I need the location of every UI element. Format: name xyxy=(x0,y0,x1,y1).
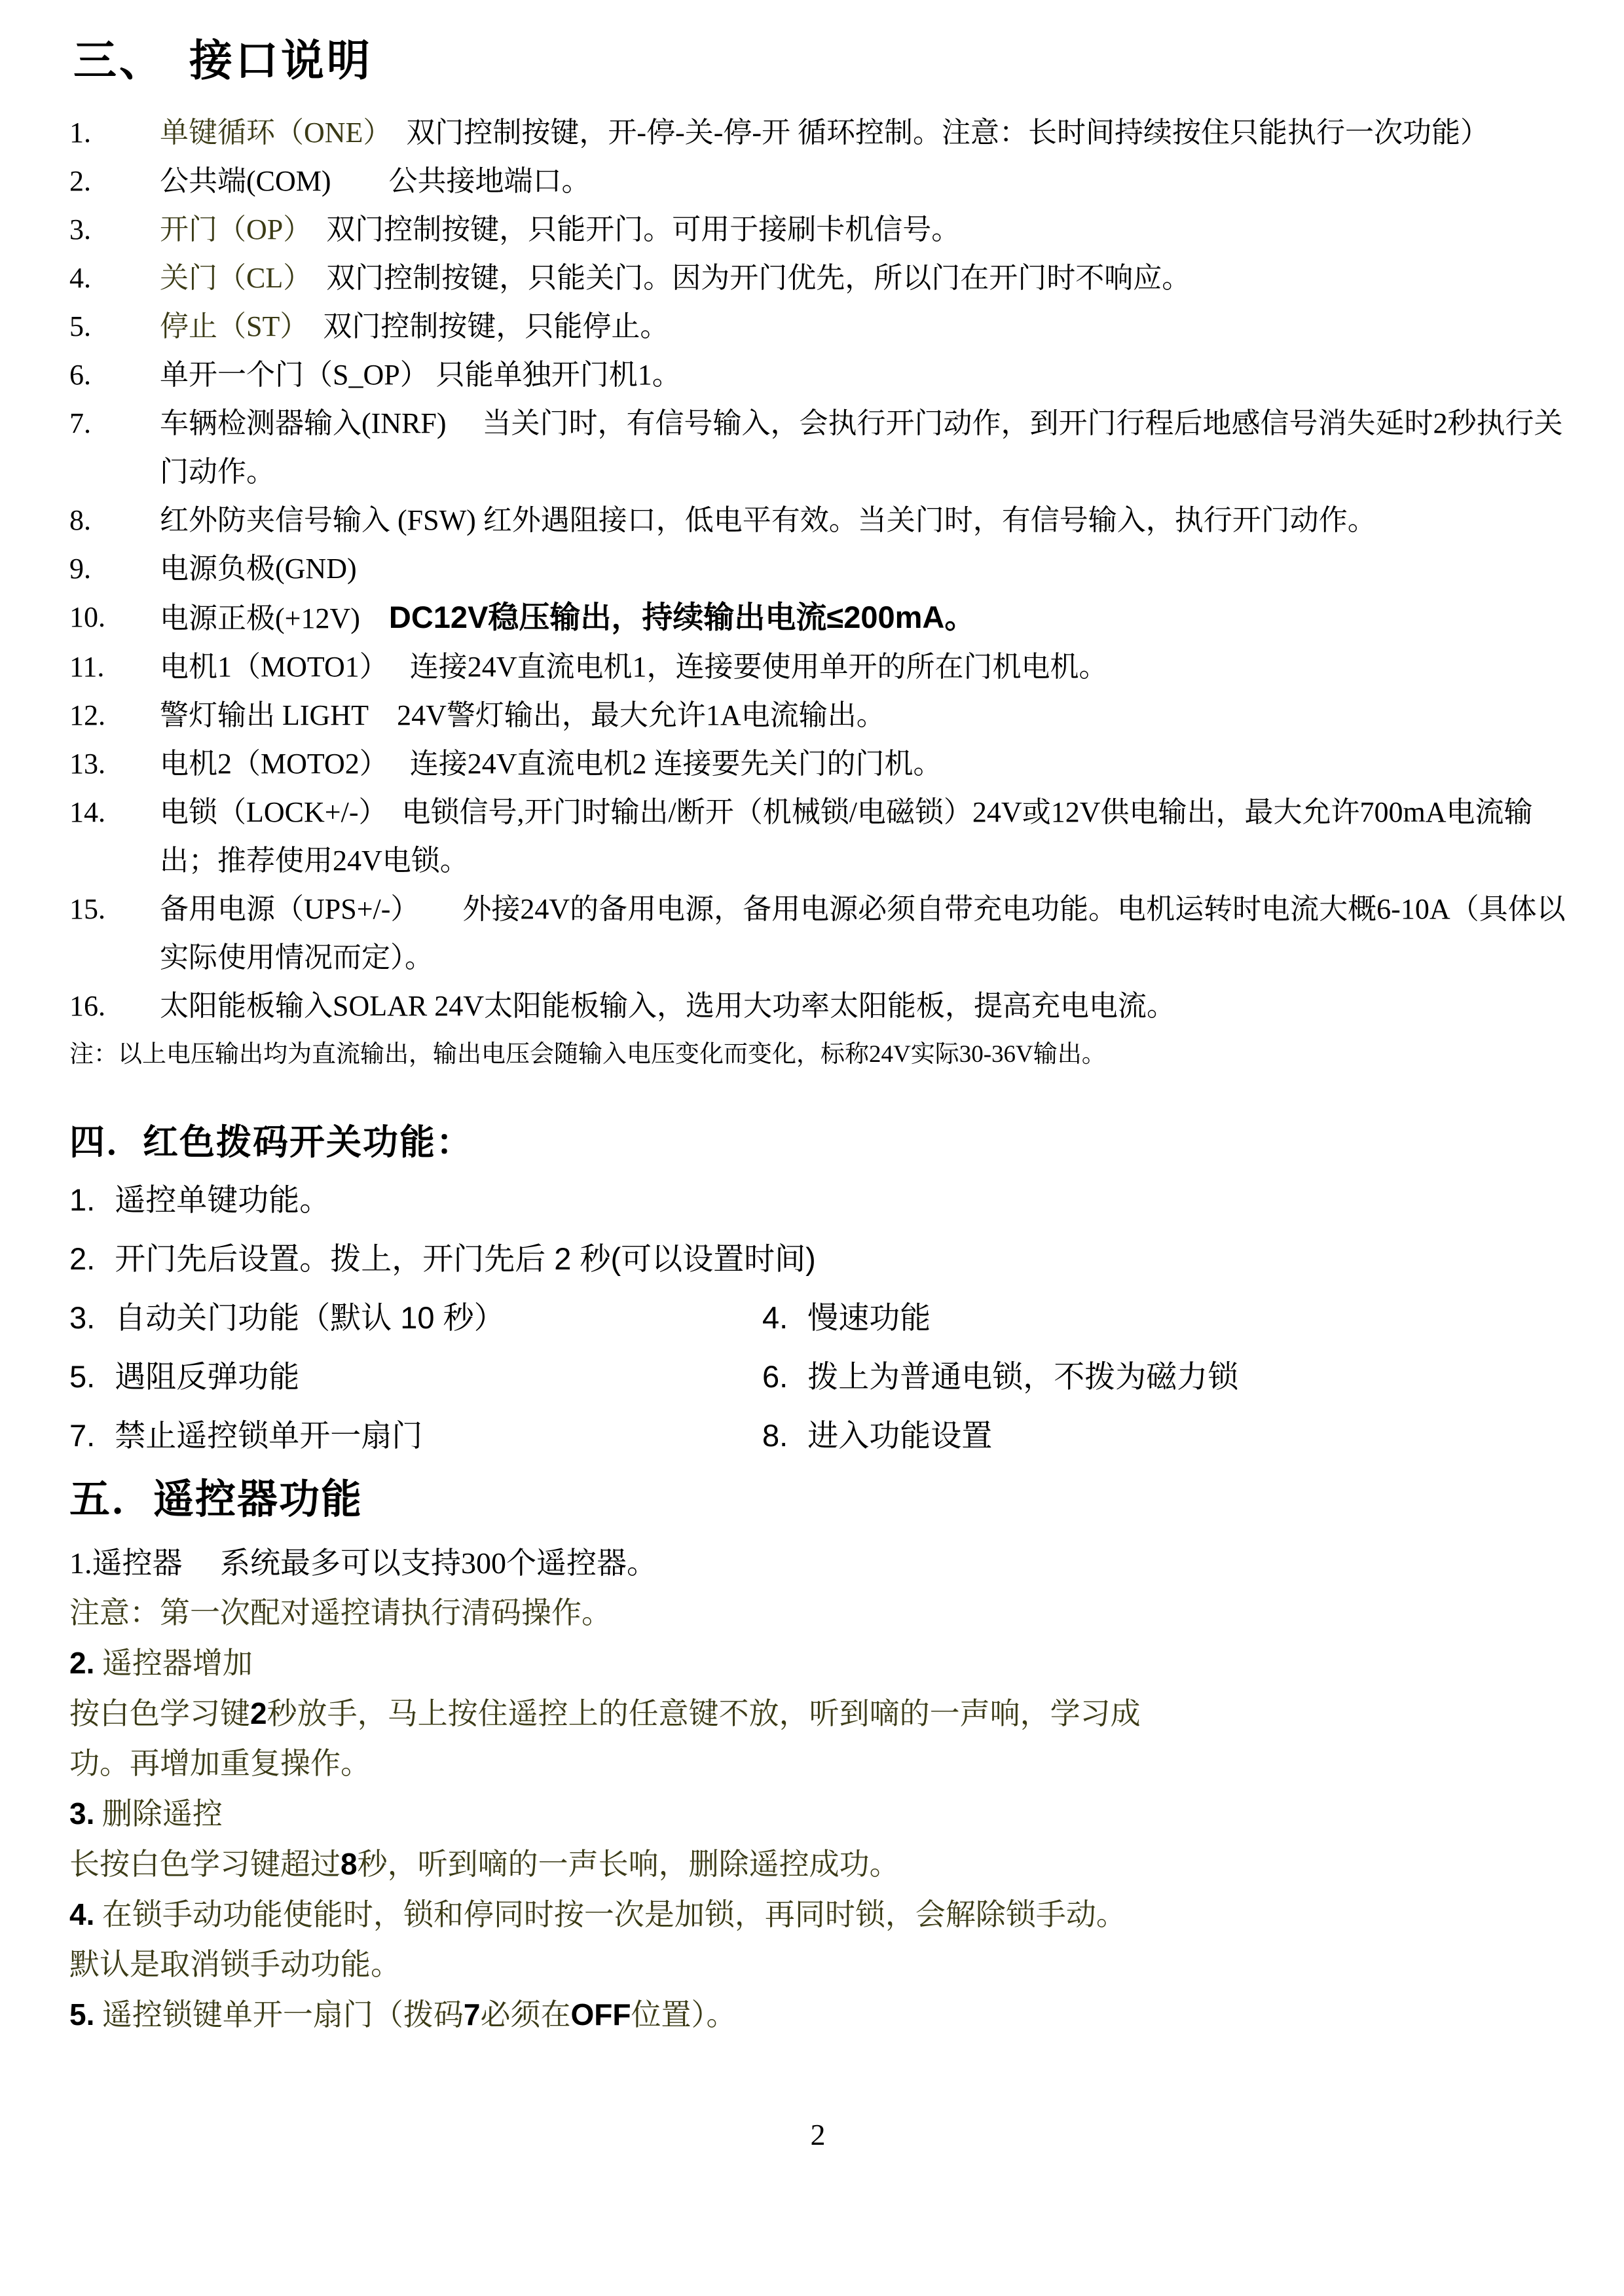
list-item: 2. 公共端(COM) 公共接地端口。 xyxy=(69,157,1566,206)
dip-row: 3. 自动关门功能（默认 10 秒） 4. 慢速功能 xyxy=(69,1299,1566,1337)
text-segment: 3. xyxy=(69,1796,94,1831)
item-text: 电机1（MOTO1） 连接24V直流电机1，连接要使用单开的所在门机电机。 xyxy=(160,643,1566,691)
item-text: 电源正极(+12V) DC12V稳压输出，持续输出电流≤200mA。 xyxy=(160,593,1566,643)
interface-list: 1. 单键循环（ONE） 双门控制按键，开-停-关-停-开 循环控制。注意：长时… xyxy=(69,109,1566,1030)
text-segment: 位置）。 xyxy=(631,1998,736,2032)
text-segment xyxy=(360,602,389,634)
text-segment: 1.遥控器 系统最多可以支持300个遥控器。 xyxy=(69,1546,657,1580)
item-text: 警灯输出 LIGHT 24V警灯输出，最大允许1A电流输出。 xyxy=(160,691,1566,740)
item-number: 12. xyxy=(69,691,160,740)
list-item: 14. 电锁（LOCK+/-） 电锁信号,开门时输出/断开（机械锁/电磁锁）24… xyxy=(69,788,1566,885)
dip-item: 1. 遥控单键功能。 xyxy=(69,1181,330,1219)
text-segment: 2. xyxy=(69,1646,94,1680)
list-item: 7. 车辆检测器输入(INRF) 当关门时，有信号输入，会执行开门动作，到开门行… xyxy=(69,399,1566,496)
item-number: 1. xyxy=(69,109,160,157)
item-number: 16. xyxy=(69,982,160,1030)
item-text: 红外防夹信号输入 (FSW) 红外遇阻接口，低电平有效。当关门时，有信号输入，执… xyxy=(160,496,1566,545)
list-item: 8. 红外防夹信号输入 (FSW) 红外遇阻接口，低电平有效。当关门时，有信号输… xyxy=(69,496,1566,545)
text-segment: 默认是取消锁手动功能。 xyxy=(69,1948,401,1981)
item-text: 停止（ST） 双门控制按键，只能停止。 xyxy=(160,302,1566,351)
text-segment: 7 xyxy=(464,1997,481,2032)
remote-line: 1.遥控器 系统最多可以支持300个遥控器。 xyxy=(69,1539,1566,1588)
remote-line: 长按白色学习键超过8秒，听到嘀的一声长响，删除遥控成功。 xyxy=(69,1839,1566,1889)
remote-function-list: 1.遥控器 系统最多可以支持300个遥控器。 注意：第一次配对遥控请执行清码操作… xyxy=(69,1539,1566,2040)
text-segment: 电机1（MOTO1） 连接24V直流电机1，连接要使用单开的所在门机电机。 xyxy=(160,651,1108,683)
text-segment: 5. xyxy=(69,1997,94,2032)
item-text: 备用电源（UPS+/-） 外接24V的备用电源，备用电源必须自带充电功能。电机运… xyxy=(160,885,1566,982)
item-number: 5. xyxy=(69,302,160,351)
item-text: 关门（CL） 双门控制按键，只能关门。因为开门优先，所以门在开门时不响应。 xyxy=(160,254,1566,302)
list-item: 6. 单开一个门（S_OP） 只能单独开门机1。 xyxy=(69,351,1566,399)
list-item: 1. 单键循环（ONE） 双门控制按键，开-停-关-停-开 循环控制。注意：长时… xyxy=(69,109,1566,157)
item-text: 电机2（MOTO2） 连接24V直流电机2 连接要先关门的门机。 xyxy=(160,740,1566,788)
item-label: 慢速功能 xyxy=(807,1299,931,1337)
item-label: 开门先后设置。拨上，开门先后 2 秒(可以设置时间) xyxy=(115,1240,816,1278)
text-segment: 公共端(COM) 公共接地端口。 xyxy=(160,165,591,197)
text-segment: 删除遥控 xyxy=(94,1797,223,1831)
dip-switch-list: 1. 遥控单键功能。 2. 开门先后设置。拨上，开门先后 2 秒(可以设置时间)… xyxy=(69,1181,1566,1455)
item-label: 遥控单键功能。 xyxy=(115,1181,330,1219)
text-segment: 电源正极(+12V) xyxy=(160,602,360,634)
text-segment: 长按白色学习键超过 xyxy=(69,1848,341,1881)
text-segment: 关门（CL） xyxy=(160,262,297,294)
section-4-title: 四．红色拨码开关功能： xyxy=(69,1121,1566,1164)
list-item: 15. 备用电源（UPS+/-） 外接24V的备用电源，备用电源必须自带充电功能… xyxy=(69,885,1566,982)
item-label: 遇阻反弹功能 xyxy=(115,1358,299,1396)
item-number: 3. xyxy=(69,1299,95,1337)
text-segment: 电源负极(GND) xyxy=(160,553,357,585)
text-segment: 车辆检测器输入(INRF) 当关门时，有信号输入，会执行开门动作，到开门行程后地… xyxy=(160,407,1563,488)
remote-line: 功。再增加重复操作。 xyxy=(69,1739,1566,1789)
item-number: 1. xyxy=(69,1181,95,1219)
text-segment: 开门（OP） xyxy=(160,213,297,246)
item-label: 禁止遥控锁单开一扇门 xyxy=(115,1417,422,1455)
section-5-title: 五．遥控器功能 xyxy=(69,1476,1566,1524)
text-segment: 双门控制按键，只能关门。因为开门优先，所以门在开门时不响应。 xyxy=(297,262,1190,294)
text-segment: 红外防夹信号输入 (FSW) 红外遇阻接口，低电平有效。当关门时，有信号输入，执… xyxy=(160,504,1376,536)
item-number: 2. xyxy=(69,1240,95,1278)
item-text: 电源负极(GND) xyxy=(160,545,1566,593)
item-text: 太阳能板输入SOLAR 24V太阳能板输入，选用大功率太阳能板，提高充电电流。 xyxy=(160,982,1566,1030)
item-text: 车辆检测器输入(INRF) 当关门时，有信号输入，会执行开门动作，到开门行程后地… xyxy=(160,399,1566,496)
text-segment: 警灯输出 LIGHT 24V警灯输出，最大允许1A电流输出。 xyxy=(160,699,885,731)
text-segment: 单键循环（ONE） xyxy=(160,117,377,149)
text-segment: 2 xyxy=(250,1696,267,1730)
text-segment: 太阳能板输入SOLAR 24V太阳能板输入，选用大功率太阳能板，提高充电电流。 xyxy=(160,990,1175,1022)
text-segment: OFF xyxy=(570,1997,631,2032)
dip-item: 7. 禁止遥控锁单开一扇门 xyxy=(69,1417,762,1455)
list-item: 13. 电机2（MOTO2） 连接24V直流电机2 连接要先关门的门机。 xyxy=(69,740,1566,788)
remote-line: 3. 删除遥控 xyxy=(69,1789,1566,1839)
item-number: 4. xyxy=(762,1299,788,1337)
item-number: 9. xyxy=(69,545,160,593)
text-segment: 停止（ST） xyxy=(160,310,294,342)
item-text: 单键循环（ONE） 双门控制按键，开-停-关-停-开 循环控制。注意：长时间持续… xyxy=(160,109,1566,157)
dip-item: 2. 开门先后设置。拨上，开门先后 2 秒(可以设置时间) xyxy=(69,1240,816,1278)
text-segment: 4. xyxy=(69,1897,94,1931)
manual-page: 三、 接口说明 1. 单键循环（ONE） 双门控制按键，开-停-关-停-开 循环… xyxy=(0,0,1624,2152)
text-segment: DC12V稳压输出，持续输出电流≤200mA。 xyxy=(389,600,975,634)
item-number: 7. xyxy=(69,399,160,496)
item-number: 3. xyxy=(69,206,160,254)
item-number: 6. xyxy=(762,1358,788,1396)
list-item: 11. 电机1（MOTO1） 连接24V直流电机1，连接要使用单开的所在门机电机… xyxy=(69,643,1566,691)
list-item: 16. 太阳能板输入SOLAR 24V太阳能板输入，选用大功率太阳能板，提高充电… xyxy=(69,982,1566,1030)
item-number: 14. xyxy=(69,788,160,885)
text-segment: 单开一个门（S_OP） 只能单独开门机1。 xyxy=(160,359,681,391)
remote-line: 5. 遥控锁键单开一扇门（拨码7必须在OFF位置）。 xyxy=(69,1990,1566,2040)
remote-line: 2. 遥控器增加 xyxy=(69,1638,1566,1688)
list-item: 10. 电源正极(+12V) DC12V稳压输出，持续输出电流≤200mA。 xyxy=(69,593,1566,643)
text-segment: 双门控制按键，开-停-关-停-开 循环控制。注意：长时间持续按住只能执行一次功能… xyxy=(377,117,1489,149)
item-number: 2. xyxy=(69,157,160,206)
text-segment: 电机2（MOTO2） 连接24V直流电机2 连接要先关门的门机。 xyxy=(160,748,942,780)
item-number: 11. xyxy=(69,643,160,691)
item-label: 进入功能设置 xyxy=(807,1417,992,1455)
dip-item: 3. 自动关门功能（默认 10 秒） xyxy=(69,1299,762,1337)
item-text: 公共端(COM) 公共接地端口。 xyxy=(160,157,1566,206)
text-segment: 遥控器增加 xyxy=(94,1647,253,1680)
voltage-note: 注：以上电压输出均为直流输出，输出电压会随输入电压变化而变化，标称24V实际30… xyxy=(69,1036,1566,1074)
dip-row: 5. 遇阻反弹功能 6. 拨上为普通电锁，不拨为磁力锁 xyxy=(69,1358,1566,1396)
item-number: 6. xyxy=(69,351,160,399)
text-segment: 秒放手，马上按住遥控上的任意键不放，听到嘀的一声响，学习成 xyxy=(267,1697,1141,1730)
dip-row: 2. 开门先后设置。拨上，开门先后 2 秒(可以设置时间) xyxy=(69,1240,1566,1278)
text-segment: 在锁手动功能使能时，锁和停同时按一次是加锁，再同时锁，会解除锁手动。 xyxy=(94,1898,1126,1931)
dip-item: 4. 慢速功能 xyxy=(762,1299,1566,1337)
dip-item: 6. 拨上为普通电锁，不拨为磁力锁 xyxy=(762,1358,1566,1396)
item-text: 单开一个门（S_OP） 只能单独开门机1。 xyxy=(160,351,1566,399)
dip-row: 7. 禁止遥控锁单开一扇门 8. 进入功能设置 xyxy=(69,1417,1566,1455)
item-number: 10. xyxy=(69,593,160,643)
item-number: 8. xyxy=(69,496,160,545)
list-item: 3. 开门（OP） 双门控制按键，只能开门。可用于接刷卡机信号。 xyxy=(69,206,1566,254)
text-segment: 双门控制按键，只能停止。 xyxy=(294,310,669,342)
item-label: 自动关门功能（默认 10 秒） xyxy=(115,1299,504,1337)
text-segment: 8 xyxy=(341,1847,358,1881)
text-segment: 遥控锁键单开一扇门（拨码 xyxy=(94,1998,464,2032)
text-segment: 双门控制按键，只能开门。可用于接刷卡机信号。 xyxy=(297,213,960,246)
text-segment: 备用电源（UPS+/-） 外接24V的备用电源，备用电源必须自带充电功能。电机运… xyxy=(160,893,1566,974)
text-segment: 秒，听到嘀的一声长响，删除遥控成功。 xyxy=(358,1848,900,1881)
remote-line: 按白色学习键2秒放手，马上按住遥控上的任意键不放，听到嘀的一声响，学习成 xyxy=(69,1688,1566,1739)
remote-line: 默认是取消锁手动功能。 xyxy=(69,1940,1566,1990)
text-segment: 必须在 xyxy=(480,1998,570,2032)
text-segment: 按白色学习键 xyxy=(69,1697,250,1730)
item-number: 8. xyxy=(762,1417,788,1455)
dip-item: 5. 遇阻反弹功能 xyxy=(69,1358,762,1396)
text-segment: 电锁（LOCK+/-） 电锁信号,开门时输出/断开（机械锁/电磁锁）24V或12… xyxy=(160,796,1532,877)
dip-item: 8. 进入功能设置 xyxy=(762,1417,1566,1455)
dip-row: 1. 遥控单键功能。 xyxy=(69,1181,1566,1219)
item-number: 13. xyxy=(69,740,160,788)
item-number: 7. xyxy=(69,1417,95,1455)
list-item: 5. 停止（ST） 双门控制按键，只能停止。 xyxy=(69,302,1566,351)
page-number: 2 xyxy=(69,2117,1566,2152)
section-3-title: 三、 接口说明 xyxy=(73,34,1566,86)
list-item: 9. 电源负极(GND) xyxy=(69,545,1566,593)
remote-line: 4. 在锁手动功能使能时，锁和停同时按一次是加锁，再同时锁，会解除锁手动。 xyxy=(69,1889,1566,1940)
text-segment: 功。再增加重复操作。 xyxy=(69,1747,371,1780)
item-number: 4. xyxy=(69,254,160,302)
list-item: 4. 关门（CL） 双门控制按键，只能关门。因为开门优先，所以门在开门时不响应。 xyxy=(69,254,1566,302)
item-number: 15. xyxy=(69,885,160,982)
remote-line: 注意：第一次配对遥控请执行清码操作。 xyxy=(69,1588,1566,1638)
item-text: 电锁（LOCK+/-） 电锁信号,开门时输出/断开（机械锁/电磁锁）24V或12… xyxy=(160,788,1566,885)
list-item: 12. 警灯输出 LIGHT 24V警灯输出，最大允许1A电流输出。 xyxy=(69,691,1566,740)
item-label: 拨上为普通电锁，不拨为磁力锁 xyxy=(807,1358,1238,1396)
item-text: 开门（OP） 双门控制按键，只能开门。可用于接刷卡机信号。 xyxy=(160,206,1566,254)
item-number: 5. xyxy=(69,1358,95,1396)
text-segment: 注意：第一次配对遥控请执行清码操作。 xyxy=(69,1596,612,1630)
